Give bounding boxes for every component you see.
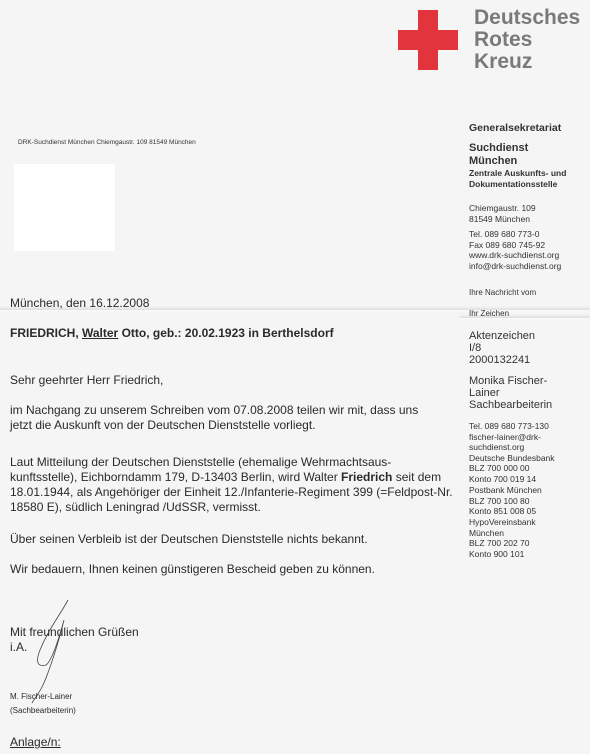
department-line: München bbox=[469, 155, 589, 168]
brand-line: Kreuz bbox=[474, 51, 580, 73]
signer-name: M. Fischer-Lainer bbox=[10, 690, 76, 704]
signature-icon bbox=[20, 595, 80, 705]
case-worker-contact: Tel. 089 680 773-130 fischer-lainer@drk-… bbox=[469, 421, 589, 484]
case-worker-line: Monika Fischer- bbox=[469, 375, 589, 387]
bank-account: Konto 700 019 14 bbox=[469, 474, 589, 485]
subject-details: Otto, geb.: 20.02.1923 in Berthelsdorf bbox=[118, 326, 333, 340]
your-message-label: Ihre Nachricht vom bbox=[469, 288, 589, 299]
paragraph-1: im Nachgang zu unserem Schreiben vom 07.… bbox=[10, 403, 430, 433]
department-subtitle-line: Dokumentationsstelle bbox=[469, 179, 589, 190]
letter-subject: FRIEDRICH, Walter Otto, geb.: 20.02.1923… bbox=[10, 326, 334, 340]
fax: Fax 089 680 745-92 bbox=[469, 240, 589, 251]
paragraph-4: Wir bedauern, Ihnen keinen günstigeren B… bbox=[10, 562, 460, 577]
org-name: Generalsekretariat bbox=[469, 123, 589, 134]
subject-first-name: Walter bbox=[82, 326, 118, 340]
case-worker-line: Lainer bbox=[469, 387, 589, 399]
brand-line: Rotes bbox=[474, 29, 580, 51]
brand-name: Deutsches Rotes Kreuz bbox=[474, 7, 580, 73]
your-reference-label: Ihr Zeichen bbox=[469, 309, 589, 320]
file-reference: Aktenzeichen I/8 2000132241 bbox=[469, 330, 589, 366]
department-subtitle: Zentrale Auskunfts- und Dokumentationsst… bbox=[469, 168, 589, 189]
file-reference-label: Aktenzeichen bbox=[469, 330, 589, 342]
address-line: Chiemgaustr. 109 bbox=[469, 203, 589, 214]
red-cross-icon-bar bbox=[398, 30, 458, 50]
brand-line: Deutsches bbox=[474, 7, 580, 29]
case-worker: Monika Fischer- Lainer Sachbearbeiterin bbox=[469, 375, 589, 411]
hypovereinsbank-details: HypoVereinsbank München BLZ 700 202 70 K… bbox=[469, 517, 589, 559]
bank-name: Deutsche Bundesbank bbox=[469, 453, 589, 464]
case-worker-phone: Tel. 089 680 773-130 bbox=[469, 421, 589, 432]
signer-role: (Sachbearbeiterin) bbox=[10, 704, 76, 718]
bank-account: Konto 900 101 bbox=[469, 549, 589, 560]
address-line: 81549 München bbox=[469, 214, 589, 225]
org-contact: Tel. 089 680 773-0 Fax 089 680 745-92 ww… bbox=[469, 229, 589, 271]
website-link[interactable]: www.drk-suchdienst.org bbox=[469, 250, 589, 261]
phone: Tel. 089 680 773-0 bbox=[469, 229, 589, 240]
email-link[interactable]: info@drk-suchdienst.org bbox=[469, 261, 589, 272]
department-subtitle-line: Zentrale Auskunfts- und bbox=[469, 168, 589, 179]
department: Suchdienst München bbox=[469, 142, 589, 168]
file-reference-dept: I/8 bbox=[469, 342, 589, 354]
department-line: Suchdienst bbox=[469, 142, 589, 155]
subject-surname: FRIEDRICH, bbox=[10, 326, 82, 340]
letter-date: München, den 16.12.2008 bbox=[10, 296, 149, 310]
bank-name: HypoVereinsbank bbox=[469, 517, 589, 528]
bank-code: BLZ 700 202 70 bbox=[469, 538, 589, 549]
paragraph-2-text: Laut Mitteilung der Deutschen Dienststel… bbox=[10, 455, 391, 484]
bank-code: BLZ 700 000 00 bbox=[469, 463, 589, 474]
recipient-address-redacted bbox=[14, 164, 115, 251]
paragraph-2: Laut Mitteilung der Deutschen Dienststel… bbox=[10, 455, 455, 515]
attachments-label: Anlage/n: bbox=[10, 735, 61, 749]
bank-code: BLZ 700 100 80 bbox=[469, 496, 589, 507]
postbank-details: Postbank München BLZ 700 100 80 Konto 85… bbox=[469, 485, 589, 517]
org-address: Chiemgaustr. 109 81549 München bbox=[469, 203, 589, 224]
paragraph-2-name: Friedrich bbox=[341, 470, 392, 484]
salutation: Sehr geehrter Herr Friedrich, bbox=[10, 373, 460, 388]
bank-city: München bbox=[469, 528, 589, 539]
signer: M. Fischer-Lainer (Sachbearbeiterin) bbox=[10, 690, 76, 718]
file-reference-number: 2000132241 bbox=[469, 354, 589, 366]
sender-return-address: DRK-Suchdienst München Chiemgaustr. 109 … bbox=[18, 139, 196, 146]
case-worker-email-link-cont[interactable]: suchdienst.org bbox=[469, 442, 589, 453]
case-worker-role: Sachbearbeiterin bbox=[469, 399, 589, 411]
paragraph-3: Über seinen Verbleib ist der Deutschen D… bbox=[10, 532, 460, 547]
bank-account: Konto 851 008 05 bbox=[469, 506, 589, 517]
case-worker-email-link[interactable]: fischer-lainer@drk- bbox=[469, 432, 589, 443]
bank-name: Postbank München bbox=[469, 485, 589, 496]
